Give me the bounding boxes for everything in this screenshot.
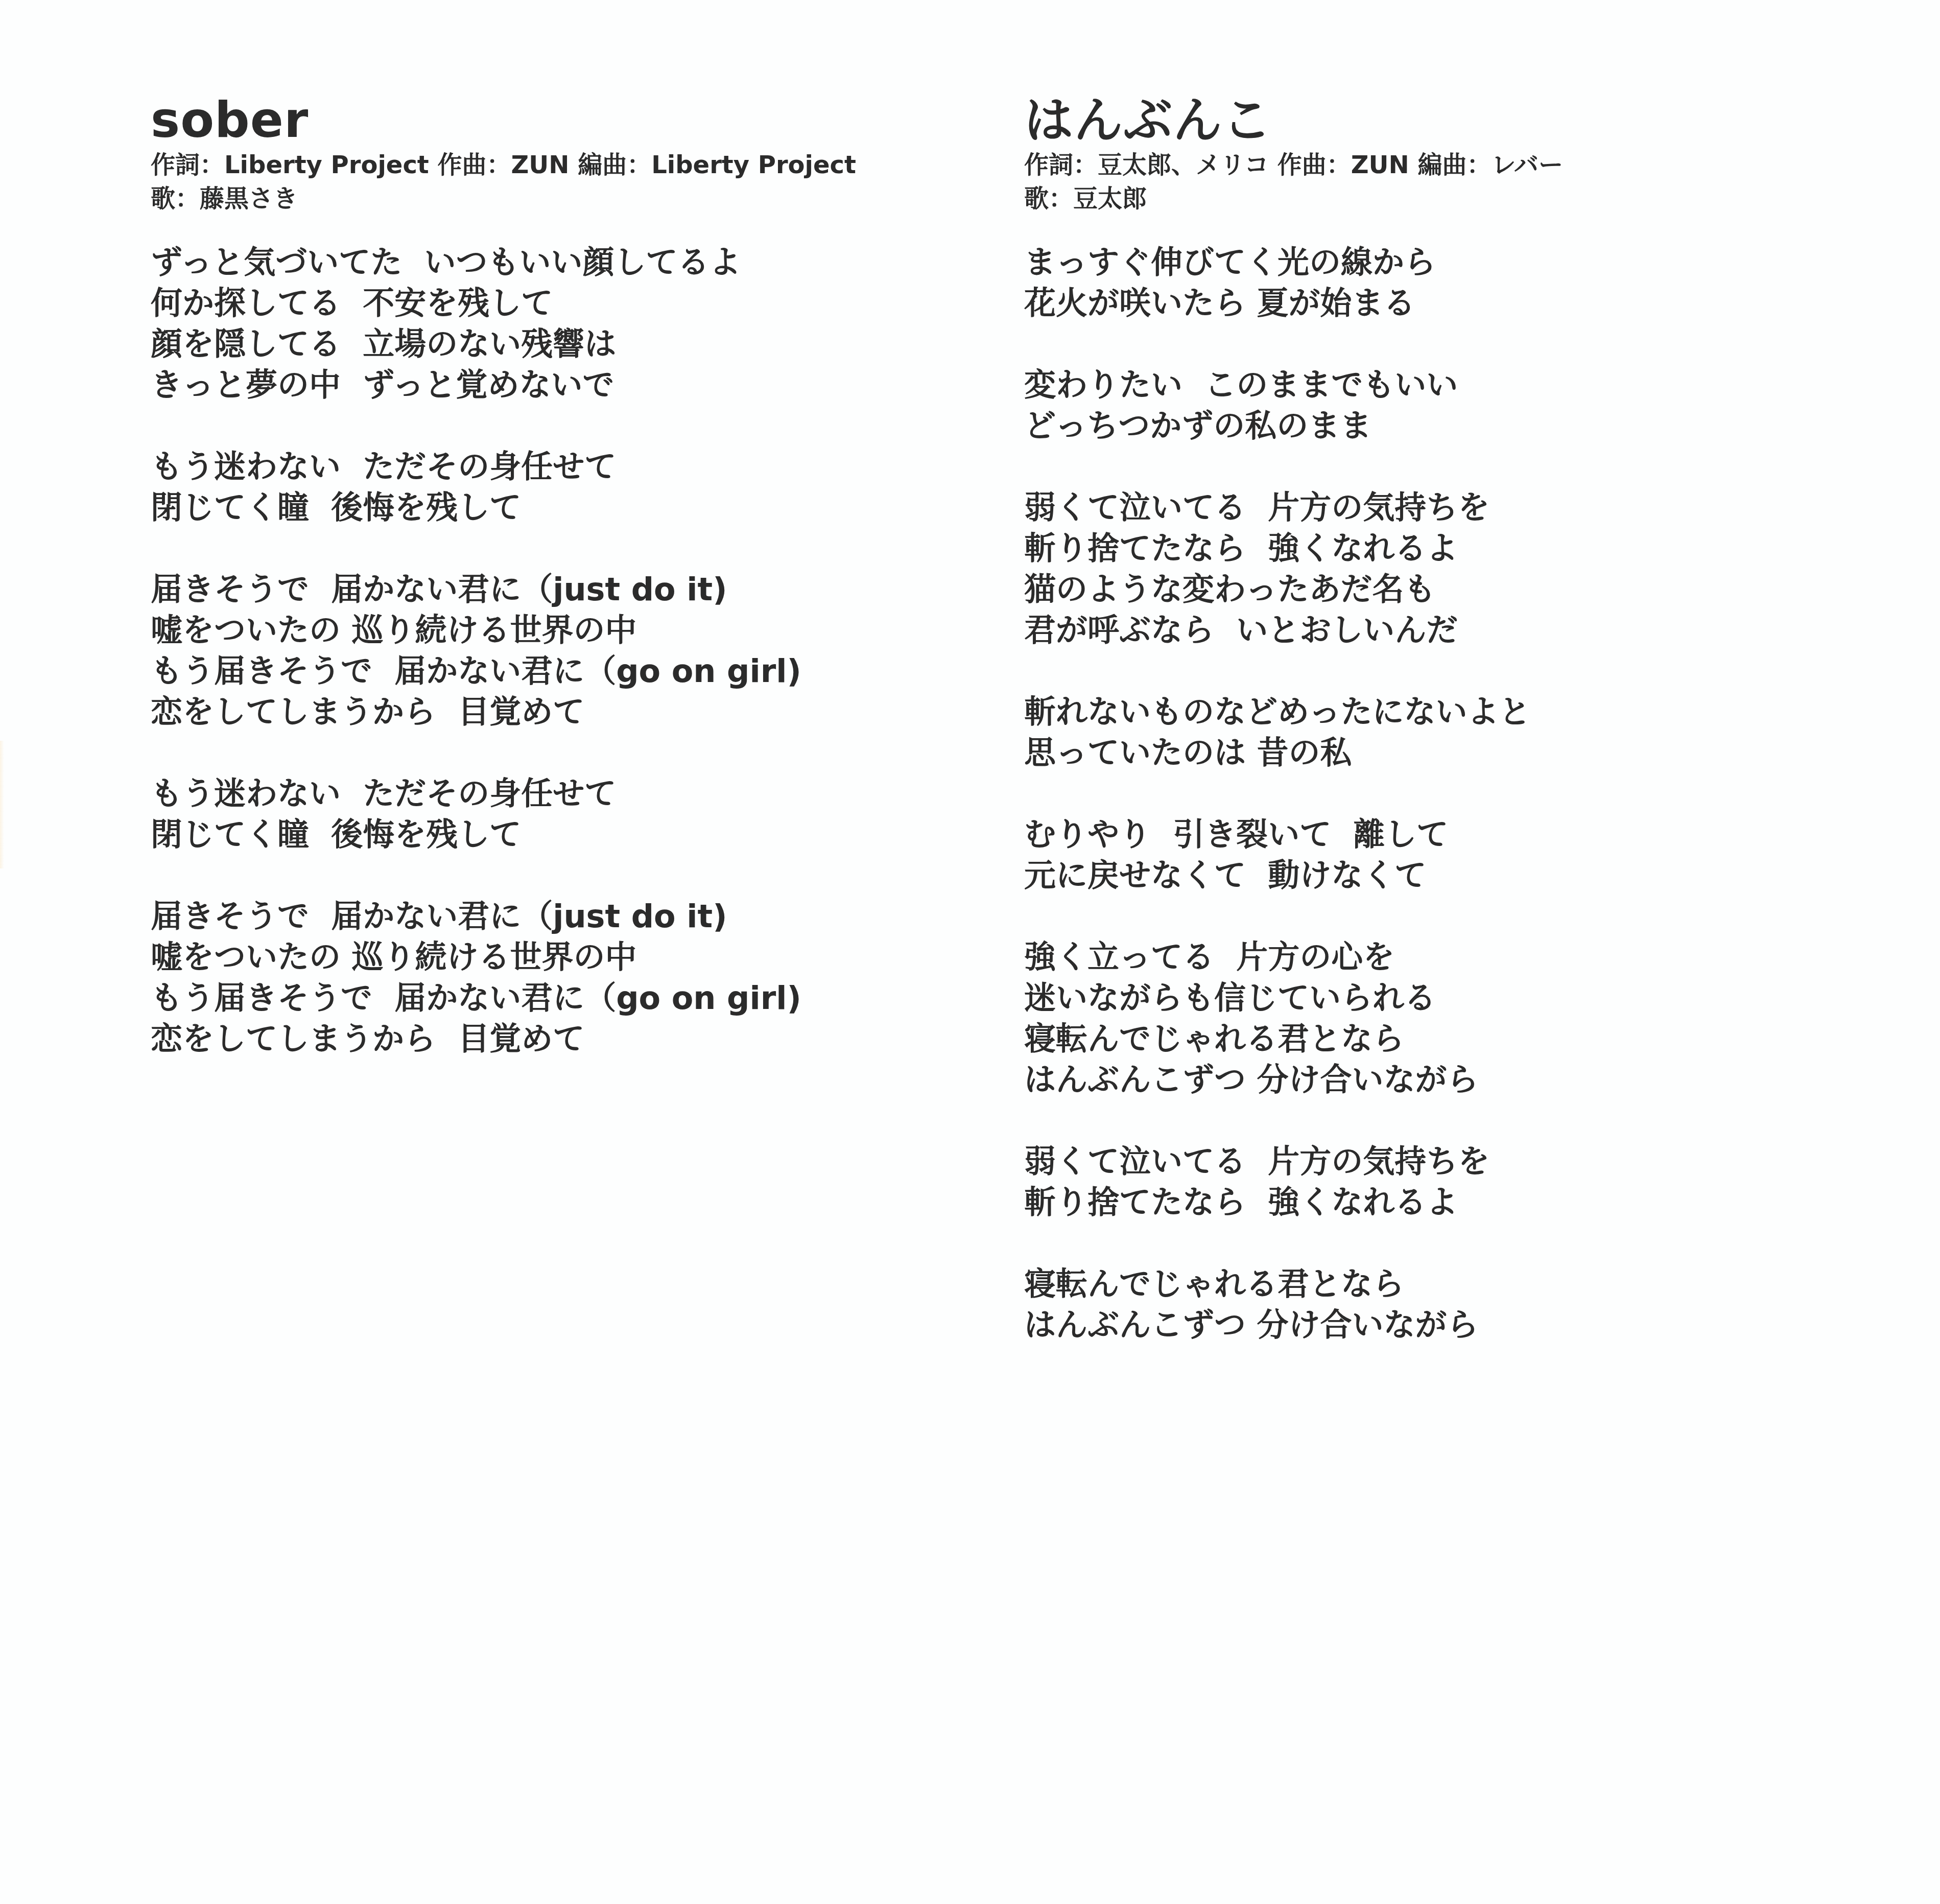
- lyric-line: 何か探してる 不安を残して: [151, 283, 968, 324]
- lyric-line: 花火が咲いたら 夏が始まる: [1024, 283, 1841, 324]
- lyric-line: どっちつかずの私のまま: [1024, 406, 1841, 446]
- lyric-line: 寝転んでじゃれる君となら: [1024, 1019, 1841, 1060]
- lyric-line: まっすぐ伸びてく光の線から: [1024, 242, 1841, 283]
- lyric-line: 顔を隠してる 立場のない残響は: [151, 324, 968, 365]
- stanza: 変わりたい このままでもいい どっちつかずの私のまま: [1024, 365, 1841, 446]
- stanza: むりやり 引き裂いて 離して 元に戻せなくて 動けなくて: [1024, 814, 1841, 896]
- lyric-line: もう迷わない ただその身任せて: [151, 773, 968, 814]
- stanza: ずっと気づいてた いつもいい顔してるよ 何か探してる 不安を残して 顔を隠してる…: [151, 242, 968, 406]
- lyric-line: 嘘をついたの 巡り続ける世界の中: [151, 610, 968, 651]
- lyric-line: 恋をしてしまうから 目覚めて: [151, 1019, 968, 1060]
- song-credits-vocal: 歌：豆太郎: [1024, 182, 1841, 216]
- lyric-line: 斬れないものなどめったにないよと: [1024, 692, 1841, 733]
- lyric-line: 届きそうで 届かない君に（just do it): [151, 896, 968, 937]
- song-credits-staff: 作詞：豆太郎、メリコ 作曲：ZUN 編曲：レバー: [1024, 148, 1841, 182]
- lyric-line: 弱くて泣いてる 片方の気持ちを: [1024, 487, 1841, 528]
- song-title: sober: [151, 92, 968, 148]
- lyric-line: 寝転んでじゃれる君となら: [1024, 1264, 1841, 1305]
- song-credits-vocal: 歌：藤黒さき: [151, 182, 968, 216]
- lyric-line: 弱くて泣いてる 片方の気持ちを: [1024, 1141, 1841, 1182]
- lyric-line: 届きそうで 届かない君に（just do it): [151, 569, 968, 610]
- lyric-line: 閉じてく瞳 後悔を残して: [151, 814, 968, 855]
- stanza: 斬れないものなどめったにないよと 思っていたのは 昔の私: [1024, 692, 1841, 773]
- stanza: 寝転んでじゃれる君となら はんぶんこずつ 分け合いながら: [1024, 1264, 1841, 1346]
- lyric-line: 恋をしてしまうから 目覚めて: [151, 692, 968, 733]
- lyric-line: 君が呼ぶなら いとおしいんだ: [1024, 610, 1841, 651]
- lyric-line: 斬り捨てたなら 強くなれるよ: [1024, 528, 1841, 569]
- lyric-line: 斬り捨てたなら 強くなれるよ: [1024, 1182, 1841, 1223]
- stanza: 強く立ってる 片方の心を 迷いながらも信じていられる 寝転んでじゃれる君となら …: [1024, 937, 1841, 1100]
- stanza: 届きそうで 届かない君に（just do it) 嘘をついたの 巡り続ける世界の…: [151, 896, 968, 1060]
- lyric-line: はんぶんこずつ 分け合いながら: [1024, 1060, 1841, 1100]
- lyrics: ずっと気づいてた いつもいい顔してるよ 何か探してる 不安を残して 顔を隠してる…: [151, 242, 968, 1060]
- lyric-line: むりやり 引き裂いて 離して: [1024, 814, 1841, 855]
- stanza: まっすぐ伸びてく光の線から 花火が咲いたら 夏が始まる: [1024, 242, 1841, 324]
- lyric-line: 変わりたい このままでもいい: [1024, 365, 1841, 406]
- stanza: 弱くて泣いてる 片方の気持ちを 斬り捨てたなら 強くなれるよ 猫のような変わった…: [1024, 487, 1841, 651]
- stanza: もう迷わない ただその身任せて 閉じてく瞳 後悔を残して: [151, 773, 968, 855]
- lyric-line: 猫のような変わったあだ名も: [1024, 569, 1841, 610]
- lyric-line: 強く立ってる 片方の心を: [1024, 937, 1841, 978]
- lyric-line: はんぶんこずつ 分け合いながら: [1024, 1305, 1841, 1346]
- song-credits-staff: 作詞：Liberty Project 作曲：ZUN 編曲：Liberty Pro…: [151, 148, 968, 182]
- stanza: 届きそうで 届かない君に（just do it) 嘘をついたの 巡り続ける世界の…: [151, 569, 968, 733]
- song-sober: sober 作詞：Liberty Project 作曲：ZUN 編曲：Liber…: [151, 92, 968, 1100]
- song-hanbunko: はんぶんこ 作詞：豆太郎、メリコ 作曲：ZUN 編曲：レバー 歌：豆太郎 まっす…: [1024, 92, 1841, 1386]
- lyric-line: 迷いながらも信じていられる: [1024, 978, 1841, 1019]
- lyric-line: 思っていたのは 昔の私: [1024, 733, 1841, 773]
- lyric-line: もう届きそうで 届かない君に（go on girl): [151, 978, 968, 1019]
- song-title: はんぶんこ: [1024, 92, 1841, 148]
- lyric-line: 元に戻せなくて 動けなくて: [1024, 855, 1841, 896]
- lyrics: まっすぐ伸びてく光の線から 花火が咲いたら 夏が始まる 変わりたい このままでも…: [1024, 242, 1841, 1346]
- lyric-line: きっと夢の中 ずっと覚めないで: [151, 365, 968, 406]
- lyric-line: ずっと気づいてた いつもいい顔してるよ: [151, 242, 968, 283]
- lyric-line: 閉じてく瞳 後悔を残して: [151, 487, 968, 528]
- stanza: 弱くて泣いてる 片方の気持ちを 斬り捨てたなら 強くなれるよ: [1024, 1141, 1841, 1223]
- stanza: もう迷わない ただその身任せて 閉じてく瞳 後悔を残して: [151, 446, 968, 528]
- lyric-line: 嘘をついたの 巡り続ける世界の中: [151, 937, 968, 978]
- lyric-line: もう届きそうで 届かない君に（go on girl): [151, 651, 968, 692]
- scan-edge-tint: [0, 741, 4, 868]
- lyric-line: もう迷わない ただその身任せて: [151, 446, 968, 487]
